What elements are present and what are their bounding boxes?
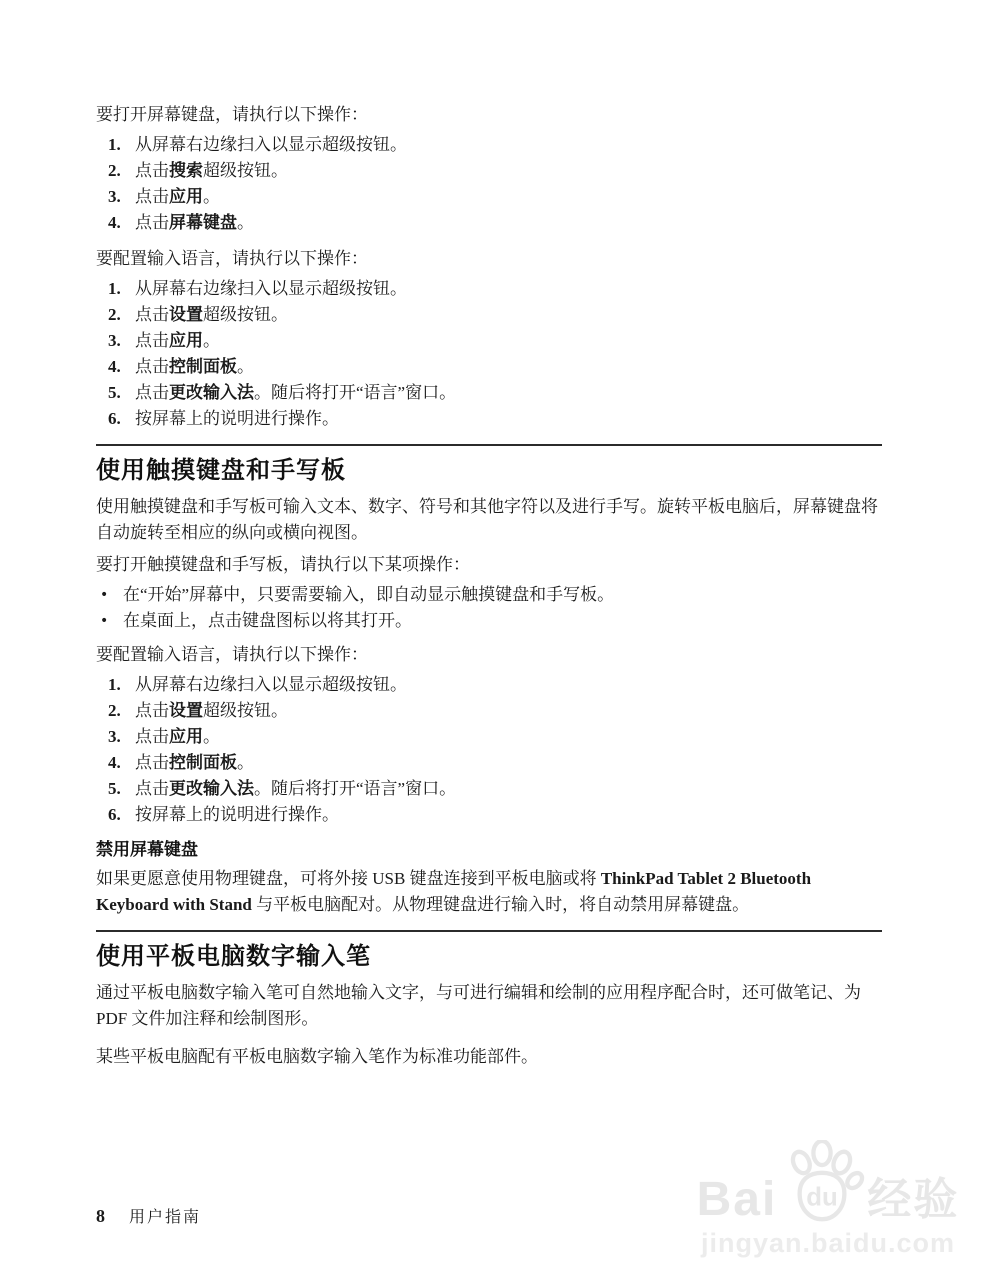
section-title-digitizer-pen: 使用平板电脑数字输入笔 bbox=[96, 941, 882, 973]
step-number: 6. bbox=[108, 406, 135, 432]
list-item: •在“开始”屏幕中，只要需要输入，即自动显示触摸键盘和手写板。 bbox=[100, 582, 882, 608]
step-text: 按屏幕上的说明进行操作。 bbox=[135, 406, 882, 432]
step-item: 2.点击设置超级按钮。 bbox=[108, 302, 882, 328]
touch-keyboard-open-options: •在“开始”屏幕中，只要需要输入，即自动显示触摸键盘和手写板。 •在桌面上，点击… bbox=[100, 582, 882, 634]
digitizer-pen-description: 通过平板电脑数字输入笔可自然地输入文字，与可进行编辑和绘制的应用程序配合时，还可… bbox=[96, 980, 882, 1032]
page-number: 8 bbox=[96, 1206, 105, 1227]
step-item: 3.点击应用。 bbox=[108, 724, 882, 750]
step-number: 2. bbox=[108, 158, 135, 184]
manual-page: { "page": { "background": "#ffffff", "te… bbox=[0, 0, 989, 1280]
step-item: 2.点击搜索超级按钮。 bbox=[108, 158, 882, 184]
onscreen-keyboard-open-intro: 要打开屏幕键盘，请执行以下操作： bbox=[96, 102, 882, 128]
step-number: 4. bbox=[108, 750, 135, 776]
step-item: 3.点击应用。 bbox=[108, 328, 882, 354]
onscreen-keyboard-config-steps: 1.从屏幕右边缘扫入以显示超级按钮。 2.点击设置超级按钮。 3.点击应用。 4… bbox=[108, 276, 882, 432]
step-number: 1. bbox=[108, 132, 135, 158]
list-item: •在桌面上，点击键盘图标以将其打开。 bbox=[100, 608, 882, 634]
paw-icon: du bbox=[779, 1140, 865, 1228]
step-text: 点击应用。 bbox=[135, 328, 882, 354]
section-digitizer-pen-header: 使用平板电脑数字输入笔 bbox=[96, 930, 882, 973]
step-item: 1.从屏幕右边缘扫入以显示超级按钮。 bbox=[108, 276, 882, 302]
bullet-icon: • bbox=[100, 608, 123, 634]
step-number: 4. bbox=[108, 354, 135, 380]
step-number: 1. bbox=[108, 276, 135, 302]
onscreen-keyboard-config-intro: 要配置输入语言，请执行以下操作： bbox=[96, 246, 882, 272]
digitizer-pen-note: 某些平板电脑配有平板电脑数字输入笔作为标准功能部件。 bbox=[96, 1044, 882, 1070]
step-text: 点击搜索超级按钮。 bbox=[135, 158, 882, 184]
watermark-du-text: du bbox=[807, 1184, 839, 1212]
step-text: 按屏幕上的说明进行操作。 bbox=[135, 802, 882, 828]
step-text: 从屏幕右边缘扫入以显示超级按钮。 bbox=[135, 672, 882, 698]
watermark-bai-text: Bai bbox=[697, 1176, 778, 1224]
watermark-url: jingyan.baidu.com bbox=[673, 1228, 983, 1258]
section-title-touch-keyboard: 使用触摸键盘和手写板 bbox=[96, 455, 882, 487]
step-item: 2.点击设置超级按钮。 bbox=[108, 698, 882, 724]
step-text: 点击更改输入法。随后将打开“语言”窗口。 bbox=[135, 380, 882, 406]
step-text: 点击屏幕键盘。 bbox=[135, 210, 882, 236]
step-item: 5.点击更改输入法。随后将打开“语言”窗口。 bbox=[108, 776, 882, 802]
step-number: 2. bbox=[108, 302, 135, 328]
step-number: 6. bbox=[108, 802, 135, 828]
page-footer: 8 用户指南 bbox=[96, 1204, 201, 1227]
step-text: 点击设置超级按钮。 bbox=[135, 698, 882, 724]
watermark-jingyan-text: 经验 bbox=[867, 1176, 959, 1224]
step-item: 4.点击控制面板。 bbox=[108, 750, 882, 776]
touch-keyboard-open-intro: 要打开触摸键盘和手写板，请执行以下某项操作： bbox=[96, 552, 882, 578]
touch-keyboard-config-steps: 1.从屏幕右边缘扫入以显示超级按钮。 2.点击设置超级按钮。 3.点击应用。 4… bbox=[108, 672, 882, 828]
bullet-icon: • bbox=[100, 582, 123, 608]
step-number: 3. bbox=[108, 184, 135, 210]
paragraph-text: 与平板电脑配对。从物理键盘进行输入时，将自动禁用屏幕键盘。 bbox=[252, 895, 749, 914]
step-number: 5. bbox=[108, 776, 135, 802]
step-text: 点击设置超级按钮。 bbox=[135, 302, 882, 328]
paragraph-text: 如果更愿意使用物理键盘，可将外接 USB 键盘连接到平板电脑或将 bbox=[96, 869, 601, 888]
subheading-disable-onscreen-keyboard: 禁用屏幕键盘 bbox=[96, 838, 882, 862]
step-number: 3. bbox=[108, 724, 135, 750]
section-touch-keyboard-header: 使用触摸键盘和手写板 bbox=[96, 444, 882, 487]
step-item: 1.从屏幕右边缘扫入以显示超级按钮。 bbox=[108, 672, 882, 698]
step-item: 6.按屏幕上的说明进行操作。 bbox=[108, 802, 882, 828]
onscreen-keyboard-open-steps: 1.从屏幕右边缘扫入以显示超级按钮。 2.点击搜索超级按钮。 3.点击应用。 4… bbox=[108, 132, 882, 236]
touch-keyboard-config-intro: 要配置输入语言，请执行以下操作： bbox=[96, 642, 882, 668]
page-content: 要打开屏幕键盘，请执行以下操作： 1.从屏幕右边缘扫入以显示超级按钮。 2.点击… bbox=[96, 0, 882, 1070]
step-item: 4.点击屏幕键盘。 bbox=[108, 210, 882, 236]
step-number: 4. bbox=[108, 210, 135, 236]
watermark-logo: Bai du 经验 bbox=[673, 1140, 983, 1224]
step-text: 点击控制面板。 bbox=[135, 750, 882, 776]
step-item: 4.点击控制面板。 bbox=[108, 354, 882, 380]
baidu-jingyan-watermark: Bai du 经验 jingyan.baidu.com bbox=[673, 1140, 983, 1258]
step-text: 点击控制面板。 bbox=[135, 354, 882, 380]
step-text: 从屏幕右边缘扫入以显示超级按钮。 bbox=[135, 132, 882, 158]
step-text: 点击更改输入法。随后将打开“语言”窗口。 bbox=[135, 776, 882, 802]
step-item: 6.按屏幕上的说明进行操作。 bbox=[108, 406, 882, 432]
step-number: 5. bbox=[108, 380, 135, 406]
touch-keyboard-description: 使用触摸键盘和手写板可输入文本、数字、符号和其他字符以及进行手写。旋转平板电脑后… bbox=[96, 494, 882, 546]
step-item: 3.点击应用。 bbox=[108, 184, 882, 210]
step-number: 2. bbox=[108, 698, 135, 724]
bullet-text: 在桌面上，点击键盘图标以将其打开。 bbox=[123, 608, 882, 634]
bullet-text: 在“开始”屏幕中，只要需要输入，即自动显示触摸键盘和手写板。 bbox=[123, 582, 882, 608]
step-number: 3. bbox=[108, 328, 135, 354]
doc-title: 用户指南 bbox=[129, 1204, 201, 1227]
step-item: 5.点击更改输入法。随后将打开“语言”窗口。 bbox=[108, 380, 882, 406]
step-text: 点击应用。 bbox=[135, 184, 882, 210]
step-number: 1. bbox=[108, 672, 135, 698]
step-item: 1.从屏幕右边缘扫入以显示超级按钮。 bbox=[108, 132, 882, 158]
disable-keyboard-paragraph: 如果更愿意使用物理键盘，可将外接 USB 键盘连接到平板电脑或将 ThinkPa… bbox=[96, 866, 882, 918]
step-text: 从屏幕右边缘扫入以显示超级按钮。 bbox=[135, 276, 882, 302]
step-text: 点击应用。 bbox=[135, 724, 882, 750]
